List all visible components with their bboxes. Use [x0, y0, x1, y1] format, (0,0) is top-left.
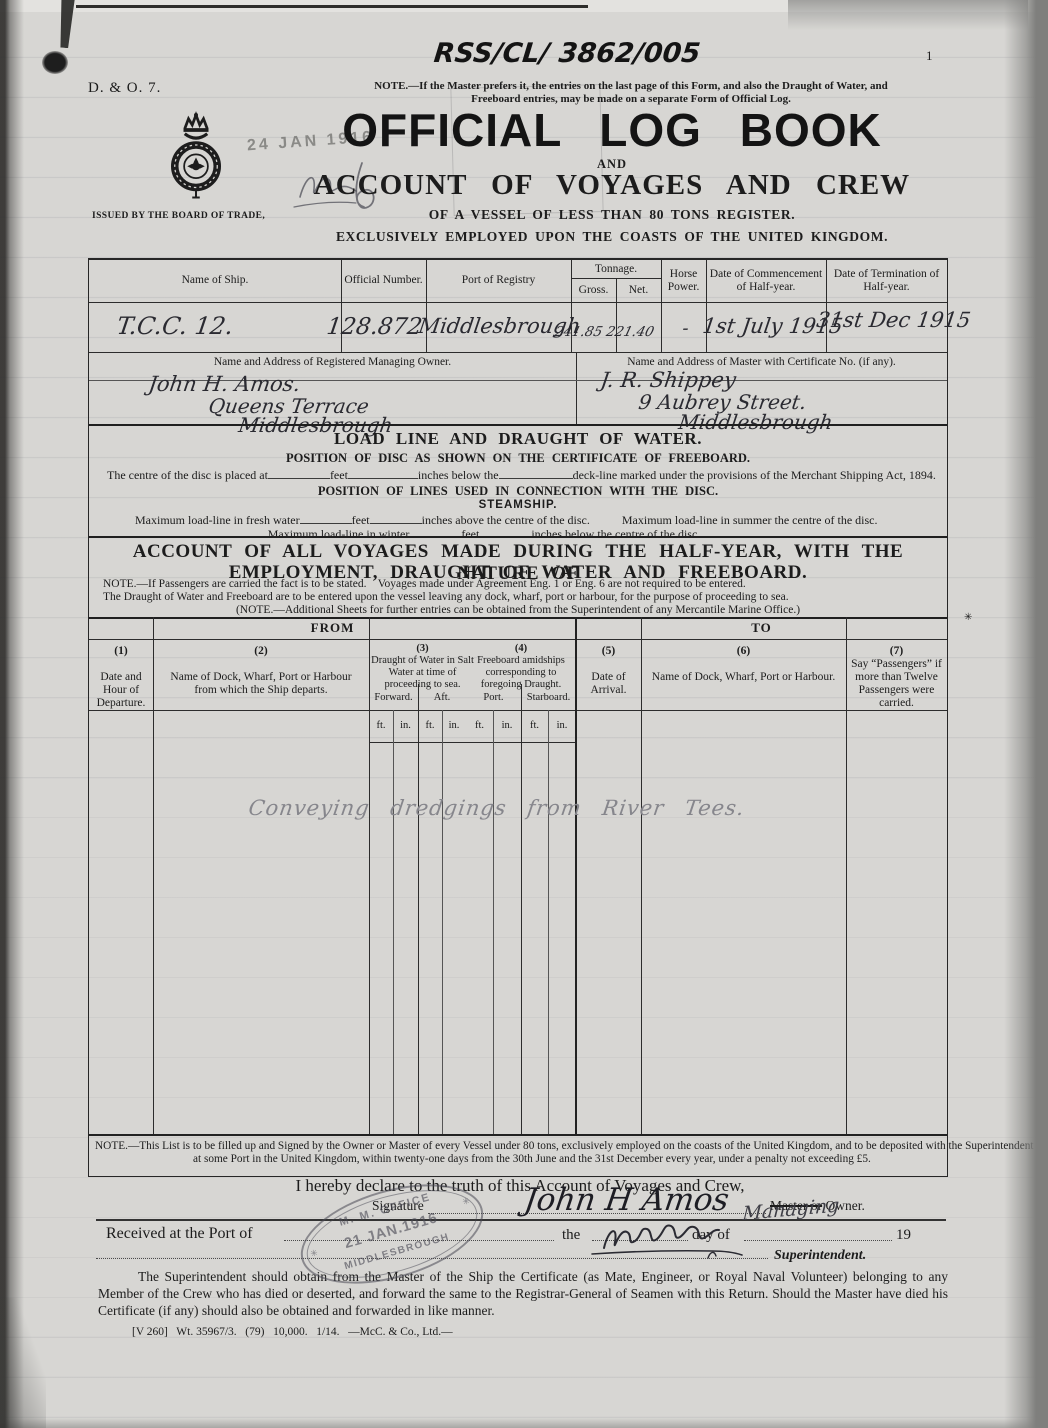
rule-line	[96, 1219, 946, 1221]
col-horse-power: Horse Power.	[661, 268, 706, 294]
col-num: (2)	[254, 645, 267, 657]
owner-name: John H. Amos.	[147, 372, 302, 396]
subtitle: ACCOUNT OF VOYAGES AND CREW	[302, 169, 922, 202]
table-line	[89, 536, 947, 538]
col-num: (4)	[515, 643, 527, 654]
sub-aft: Aft.	[418, 692, 466, 704]
table-line	[89, 302, 947, 303]
scan-right-edge	[1004, 0, 1048, 1428]
col-num: (7)	[890, 645, 903, 657]
table-line	[548, 710, 549, 1134]
col-num: (6)	[737, 645, 750, 657]
load-line-winter-line: Maximum load-line in winterfeetinches be…	[89, 526, 879, 542]
table-line	[393, 710, 394, 1134]
subtitle-line3: OF A VESSEL OF LESS THAN 80 TONS REGISTE…	[302, 207, 922, 223]
table-line	[846, 617, 847, 1134]
col-label: Date of Arrival.	[590, 671, 626, 696]
form-bottom-note: NOTE.—This List is to be filled up and S…	[95, 1140, 1039, 1166]
master-name: J. R. Shippey	[599, 368, 737, 392]
load-line-steamship: STEAMSHIP.	[89, 499, 947, 511]
scan-left-edge	[0, 0, 24, 1428]
scan-bottom-edge	[0, 1418, 1048, 1428]
table-line	[89, 617, 947, 619]
col-label: Name of Dock, Wharf, Port or Harbour fro…	[170, 671, 351, 696]
col-num: (1)	[114, 645, 127, 657]
col-termination: Date of Termination of Half-year.	[829, 268, 944, 294]
declaration-text: I hereby declare to the truth of this Ac…	[200, 1176, 840, 1196]
superintendent-instructions: The Superintendent should obtain from th…	[98, 1268, 948, 1319]
table-line	[418, 684, 419, 1134]
main-title: OFFICIAL LOG BOOK	[302, 103, 922, 157]
sub-port: Port.	[466, 692, 521, 704]
voyages-note-3: (NOTE.—Additional Sheets for further ent…	[89, 604, 947, 616]
sub-forward: Forward.	[369, 692, 418, 704]
table-line	[89, 352, 947, 353]
year-prefix: 19	[896, 1227, 911, 1244]
voyage-col-4: (4) Freeboard amidships corresponding to…	[468, 643, 574, 691]
blank-field	[300, 512, 352, 524]
crest-caption: ISSUED BY THE BOARD OF TRADE,	[92, 211, 274, 221]
load-line-position-lines: POSITION OF LINES USED IN CONNECTION WIT…	[89, 484, 947, 499]
top-note-line2: Freeboard entries, may be made on a sepa…	[471, 93, 791, 105]
unit-ft: ft.	[466, 720, 493, 732]
col-tonnage-net: Net.	[616, 284, 661, 297]
board-of-trade-crest-icon	[158, 110, 234, 210]
to-header: TO	[576, 620, 947, 636]
blank-field	[499, 467, 573, 479]
log-book-form: Name of Ship. Official Number. Port of R…	[88, 258, 948, 1177]
scan-top-edge-line	[76, 5, 588, 8]
col-official-number: Official Number.	[341, 274, 426, 287]
subtitle-line4: EXCLUSIVELY EMPLOYED UPON THE COASTS OF …	[292, 229, 932, 245]
winter-text-a: Maximum load-line in winter	[268, 527, 410, 541]
load-line-centre-line: The centre of the disc is placed atfeeti…	[107, 467, 937, 483]
archive-reference-code: RSS/CL/ 3862/005	[432, 38, 701, 69]
col-port-of-registry: Port of Registry	[426, 274, 571, 287]
sub-starboard: Starboard.	[521, 692, 576, 704]
load-line-position-disc: POSITION OF DISC AS SHOWN ON THE CERTIFI…	[89, 451, 947, 466]
table-line	[89, 710, 947, 711]
ship-name-value: T.C.C. 12.	[115, 312, 235, 340]
col-tonnage-gross: Gross.	[571, 284, 616, 297]
termination-value: 31st Dec 1915	[815, 308, 972, 332]
table-line	[89, 1134, 947, 1136]
table-line	[442, 710, 443, 1134]
voyages-note-1: NOTE.—If Passengers are carried the fact…	[103, 578, 746, 590]
winter-feet: feet	[461, 527, 479, 541]
ink-mark: ✳	[964, 612, 972, 623]
scanned-log-book-page: RSS/CL/ 3862/005 1 D. & O. 7. NOTE.—If t…	[0, 0, 1048, 1428]
owner-label: Name and Address of Registered Managing …	[89, 356, 576, 369]
official-number-value: 128.872	[325, 314, 424, 340]
scan-top-right-shadow	[788, 0, 1028, 30]
horse-power-value: -	[681, 318, 690, 339]
col-num: (3)	[416, 643, 428, 654]
unit-ft: ft.	[369, 720, 393, 732]
table-line	[89, 424, 947, 426]
hole-punch	[42, 51, 68, 74]
col-tonnage: Tonnage.	[571, 263, 661, 276]
col-num: (5)	[602, 645, 615, 657]
voyages-note-2: The Draught of Water and Freeboard are t…	[103, 591, 789, 603]
blank-field	[348, 467, 418, 479]
unit-in: in.	[548, 720, 576, 732]
unit-in: in.	[493, 720, 521, 732]
unit-ft: ft.	[418, 720, 442, 732]
owner-signature: John H Amos	[522, 1182, 731, 1218]
col-label: Say “Passengers” if more than Twelve Pas…	[851, 658, 942, 709]
unit-in: in.	[442, 720, 466, 732]
table-line	[153, 617, 154, 1134]
winter-text-b: inches below the centre of the disc.	[531, 527, 700, 541]
fresh-text-b: inches above the centre of the disc.	[422, 513, 590, 527]
col-label: Draught of Water in Salt Water at time o…	[371, 655, 474, 690]
col-commencement: Date of Commencement of Half-year.	[709, 268, 823, 294]
voyage-col-5: (5) Date of Arrival.	[576, 645, 641, 697]
table-line	[641, 617, 642, 1134]
table-line	[826, 260, 827, 352]
centre-inches: inches below the	[418, 468, 499, 482]
unit-in: in.	[393, 720, 418, 732]
voyage-col-6: (6) Name of Dock, Wharf, Port or Harbour…	[641, 645, 846, 684]
form-code: D. & O. 7.	[88, 80, 161, 97]
summer-text: Maximum load-line in summer the centre o…	[622, 513, 878, 527]
from-header: FROM	[89, 620, 576, 636]
scan-bottom-left-shadow	[0, 1298, 46, 1428]
tonnage-value: 241.85 221.40	[553, 324, 656, 340]
col-label: Name of Dock, Wharf, Port or Harbour.	[652, 671, 835, 683]
voyage-col-3: (3) Draught of Water in Salt Water at ti…	[371, 643, 474, 691]
table-line	[521, 684, 522, 1134]
centre-feet: feet	[330, 468, 348, 482]
fresh-feet: feet	[352, 513, 370, 527]
centre-text-b: deck-line marked under the provisions of…	[573, 468, 936, 482]
voyage-col-2: (2) Name of Dock, Wharf, Port or Harbour…	[159, 645, 363, 697]
top-note-line1: NOTE.—If the Master prefers it, the entr…	[374, 80, 888, 92]
centre-text-a: The centre of the disc is placed at	[107, 468, 268, 482]
superintendent-signature	[590, 1214, 805, 1264]
blank-field	[370, 512, 422, 524]
table-line	[89, 639, 947, 640]
blank-field	[268, 467, 330, 479]
voyage-entry-handwritten: Conveying dredgings from River Tees.	[247, 796, 746, 820]
col-name-of-ship: Name of Ship.	[89, 274, 341, 287]
print-code: [V 260] Wt. 35967/3. (79) 10,000. 1/14. …	[132, 1326, 453, 1338]
page-number: 1	[926, 48, 933, 64]
col-label: Freeboard amidships corresponding to for…	[477, 655, 565, 690]
load-line-title: LOAD LINE AND DRAUGHT OF WATER.	[89, 429, 947, 449]
fresh-text-a: Maximum load-line in fresh water	[135, 513, 300, 527]
table-line	[369, 742, 576, 743]
unit-ft: ft.	[521, 720, 548, 732]
table-line	[493, 710, 494, 1134]
voyage-col-1: (1) Date and Hour of Departure.	[89, 645, 153, 710]
voyage-col-7: (7) Say “Passengers” if more than Twelve…	[849, 645, 944, 710]
col-label: Date and Hour of Departure.	[97, 671, 146, 709]
table-line	[706, 260, 707, 352]
